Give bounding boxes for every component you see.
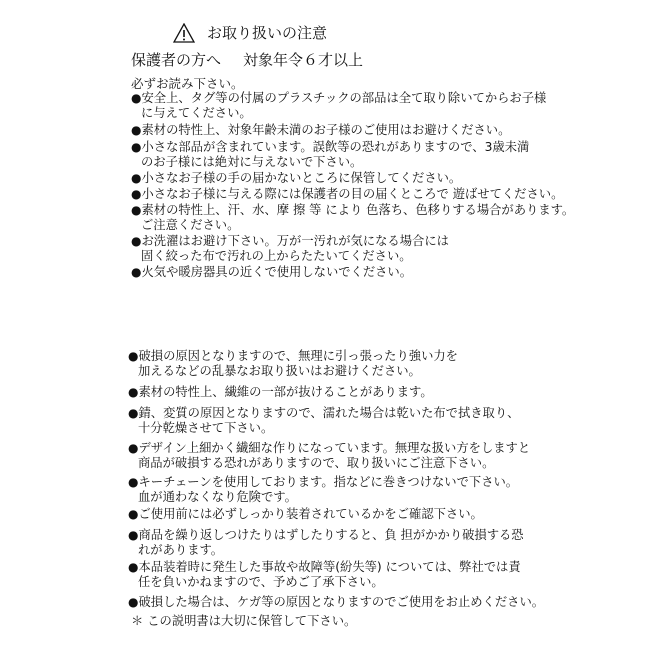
- bullet: ●: [128, 595, 138, 609]
- caution-item: ●素材の特性上、対象年齢未満のお子様のご使用はお避けください。: [131, 123, 510, 138]
- item-text-cont: 商品が破損する恐れがありますので、取り扱いにご注意下さい。: [128, 456, 530, 471]
- item-text: 本品装着時に発生した事故や故障等(紛失等) については、弊社では責: [138, 560, 520, 574]
- target-age: 対象年令６才以上: [243, 51, 363, 69]
- item-text-cont: のお子様には絶対に与えないで下さい。: [131, 155, 529, 170]
- bullet: ●: [131, 91, 141, 105]
- item-text-cont: 血が通わなくなり危険です。: [128, 490, 518, 505]
- caution-item: ●破損の原因となりますので、無理に引っ張ったり強い力を加えるなどの乱暴なお取り扱…: [128, 349, 458, 378]
- item-text-cont: ご注意ください。: [131, 218, 574, 233]
- item-text: キーチェーンを使用しております。指などに巻きつけないで下さい。: [138, 475, 518, 489]
- item-text: デザイン上細かく繊細な作りになっています。無理な扱い方をしますと: [138, 441, 530, 455]
- bullet: ●: [128, 349, 138, 363]
- audience-label: 保護者の方へ: [131, 51, 221, 69]
- caution-item: ●破損した場合は、ケガ等の原因となりますのでご使用をお止めください。: [128, 595, 544, 610]
- caution-item: ●小さなお子様に与える際には保護者の目の届くところで 遊ばせてください。: [131, 187, 563, 202]
- item-text: お洗濯はお避け下さい。万が一汚れが気になる場合には: [141, 234, 448, 248]
- note-text: この説明書は大切に保管して下さい。: [147, 614, 356, 628]
- bullet: ●: [131, 171, 141, 185]
- caution-item: ●小さな部品が含まれています。誤飲等の恐れがありますので、3歳未満のお子様には絶…: [131, 140, 529, 169]
- bullet: ●: [128, 560, 138, 574]
- item-text: 商品を繰り返しつけたりはずしたりすると、負 担がかかり破損する恐: [138, 528, 523, 542]
- keep-manual-note: ＊ この説明書は大切に保管して下さい。: [131, 614, 356, 629]
- audience-line: 保護者の方へ対象年令６才以上: [131, 49, 363, 70]
- item-text: 破損した場合は、ケガ等の原因となりますのでご使用をお止めください。: [138, 595, 544, 609]
- caution-item: ●小さなお子様の手の届かないところに保管してください。: [131, 171, 461, 186]
- bullet: ●: [128, 441, 138, 455]
- caution-item: ●安全上、タグ等の付属のプラスチックの部品は全て取り除いてからお子様に与えてくだ…: [131, 91, 546, 120]
- item-text: ご使用前には必ずしっかり装着されているかをご確認下さい。: [138, 507, 482, 521]
- item-text-cont: に与えてください。: [131, 106, 546, 121]
- caution-title: お取り扱いの注意: [173, 22, 327, 43]
- caution-item: ●錆、変質の原因となりますので、濡れた場合は乾いた布で拭き取り、十分乾燥させて下…: [128, 406, 519, 435]
- item-text-cont: 固く絞った布で汚れの上からたたいてください。: [131, 249, 449, 264]
- warning-triangle-icon: [173, 23, 195, 43]
- item-text-cont: 加えるなどの乱暴なお取り扱いはお避けください。: [128, 364, 458, 379]
- caution-item: ●商品を繰り返しつけたりはずしたりすると、負 担がかかり破損する恐れがあります。: [128, 528, 524, 557]
- bullet: ●: [128, 507, 138, 521]
- item-text: 火気や暖房器具の近くで使用しないでください。: [141, 265, 412, 279]
- caution-item: ●本品装着時に発生した事故や故障等(紛失等) については、弊社では責任を負いかね…: [128, 560, 521, 589]
- item-text-cont: 十分乾燥させて下さい。: [128, 421, 519, 436]
- item-text-cont: れがあります。: [128, 543, 524, 558]
- caution-item: ●お洗濯はお避け下さい。万が一汚れが気になる場合には固く絞った布で汚れの上からた…: [131, 234, 449, 263]
- bullet: ●: [131, 234, 141, 248]
- asterisk-marker: ＊: [131, 614, 143, 628]
- item-text: 素材の特性上、繊維の一部が抜けることがあります。: [138, 385, 432, 399]
- bullet: ●: [128, 406, 138, 420]
- bullet: ●: [128, 475, 138, 489]
- caution-item: ●デザイン上細かく繊細な作りになっています。無理な扱い方をしますと商品が破損する…: [128, 441, 530, 470]
- caution-item: ●キーチェーンを使用しております。指などに巻きつけないで下さい。血が通わなくなり…: [128, 475, 518, 504]
- bullet: ●: [131, 187, 141, 201]
- caution-item: ●素材の特性上、汗、水、摩 擦 等 により 色落ち、色移りする場合があります。ご…: [131, 203, 574, 232]
- caution-item: ●ご使用前には必ずしっかり装着されているかをご確認下さい。: [128, 507, 483, 522]
- item-text: 破損の原因となりますので、無理に引っ張ったり強い力を: [138, 349, 457, 363]
- caution-item: ●火気や暖房器具の近くで使用しないでください。: [131, 265, 412, 280]
- item-text: 素材の特性上、対象年齢未満のお子様のご使用はお避けください。: [141, 123, 510, 137]
- item-text: 錆、変質の原因となりますので、濡れた場合は乾いた布で拭き取り、: [138, 406, 519, 420]
- item-text: 小さなお子様の手の届かないところに保管してください。: [141, 171, 461, 185]
- must-read-note: 必ずお読み下さい。: [131, 74, 244, 92]
- bullet: ●: [128, 385, 138, 399]
- bullet: ●: [131, 203, 141, 217]
- item-text: 素材の特性上、汗、水、摩 擦 等 により 色落ち、色移りする場合があります。: [141, 203, 574, 217]
- bullet: ●: [131, 123, 141, 137]
- bullet: ●: [128, 528, 138, 542]
- item-text: 小さな部品が含まれています。誤飲等の恐れがありますので、3歳未満: [141, 140, 529, 154]
- bullet: ●: [131, 140, 141, 154]
- caution-title-text: お取り扱いの注意: [207, 22, 327, 43]
- item-text-cont: 任を負いかねますので、予めご了承下さい。: [128, 575, 521, 590]
- item-text: 小さなお子様に与える際には保護者の目の届くところで 遊ばせてください。: [141, 187, 563, 201]
- item-text: 安全上、タグ等の付属のプラスチックの部品は全て取り除いてからお子様: [141, 91, 546, 105]
- bullet: ●: [131, 265, 141, 279]
- caution-item: ●素材の特性上、繊維の一部が抜けることがあります。: [128, 385, 433, 400]
